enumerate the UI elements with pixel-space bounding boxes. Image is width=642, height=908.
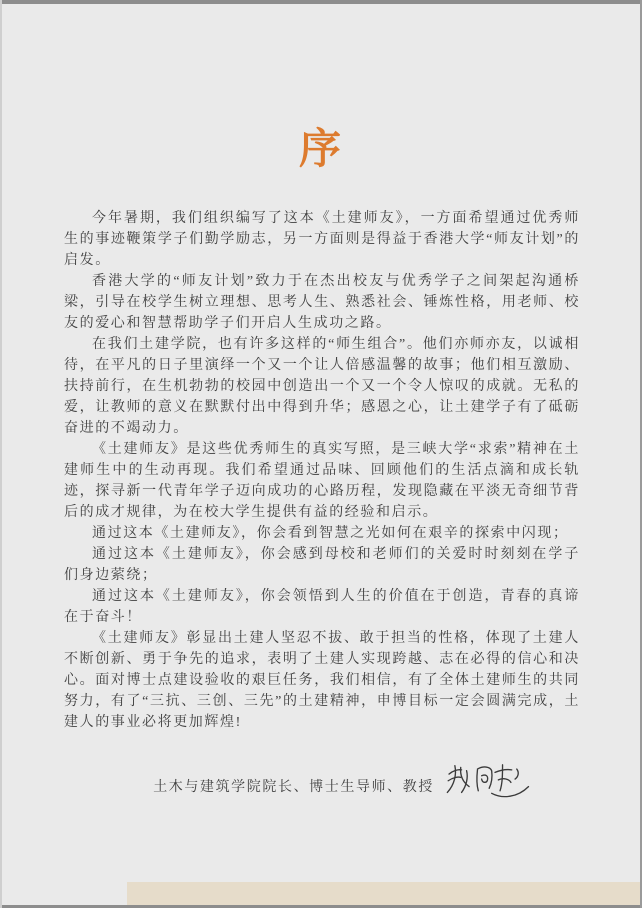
page-title: 序 (2, 126, 640, 174)
book-page: 序 今年暑期，我们组织编写了这本《土建师友》，一方面希望通过优秀师生的事迹鞭策学… (0, 0, 642, 908)
preface-body: 今年暑期，我们组织编写了这本《土建师友》，一方面希望通过优秀师生的事迹鞭策学子们… (64, 208, 580, 733)
signature-row: 土木与建筑学院院长、博士生导师、教授 (2, 759, 640, 813)
preface-paragraph: 在我们土建学院，也有许多这样的“师生组合”。他们亦师亦友，以诚相待，在平凡的日子… (64, 334, 580, 439)
beige-strip (127, 882, 640, 905)
preface-paragraph: 通过这本《土建师友》，你会看到智慧之光如何在艰辛的探索中闪现； (64, 523, 580, 544)
preface-paragraph: 《土建师友》彰显出土建人坚忍不拔、敢于担当的性格，体现了土建人不断创新、勇于争先… (64, 628, 580, 733)
top-rule (2, 0, 640, 4)
handwritten-signature (444, 759, 536, 805)
preface-paragraph: 香港大学的“师友计划”致力于在杰出校友与优秀学子之间架起沟通桥梁，引导在校学生树… (64, 271, 580, 334)
author-title-line: 土木与建筑学院院长、博士生导师、教授 (153, 776, 434, 796)
preface-paragraph: 今年暑期，我们组织编写了这本《土建师友》，一方面希望通过优秀师生的事迹鞭策学子们… (64, 208, 580, 271)
preface-paragraph: 通过这本《土建师友》，你会领悟到人生的价值在于创造，青春的真谛在于奋斗！ (64, 586, 580, 628)
preface-paragraph: 通过这本《土建师友》，你会感到母校和老师们的关爱时时刻刻在学子们身边萦绕； (64, 544, 580, 586)
preface-paragraph: 《土建师友》是这些优秀师生的真实写照，是三峡大学“求索”精神在土建师生中的生动再… (64, 439, 580, 523)
